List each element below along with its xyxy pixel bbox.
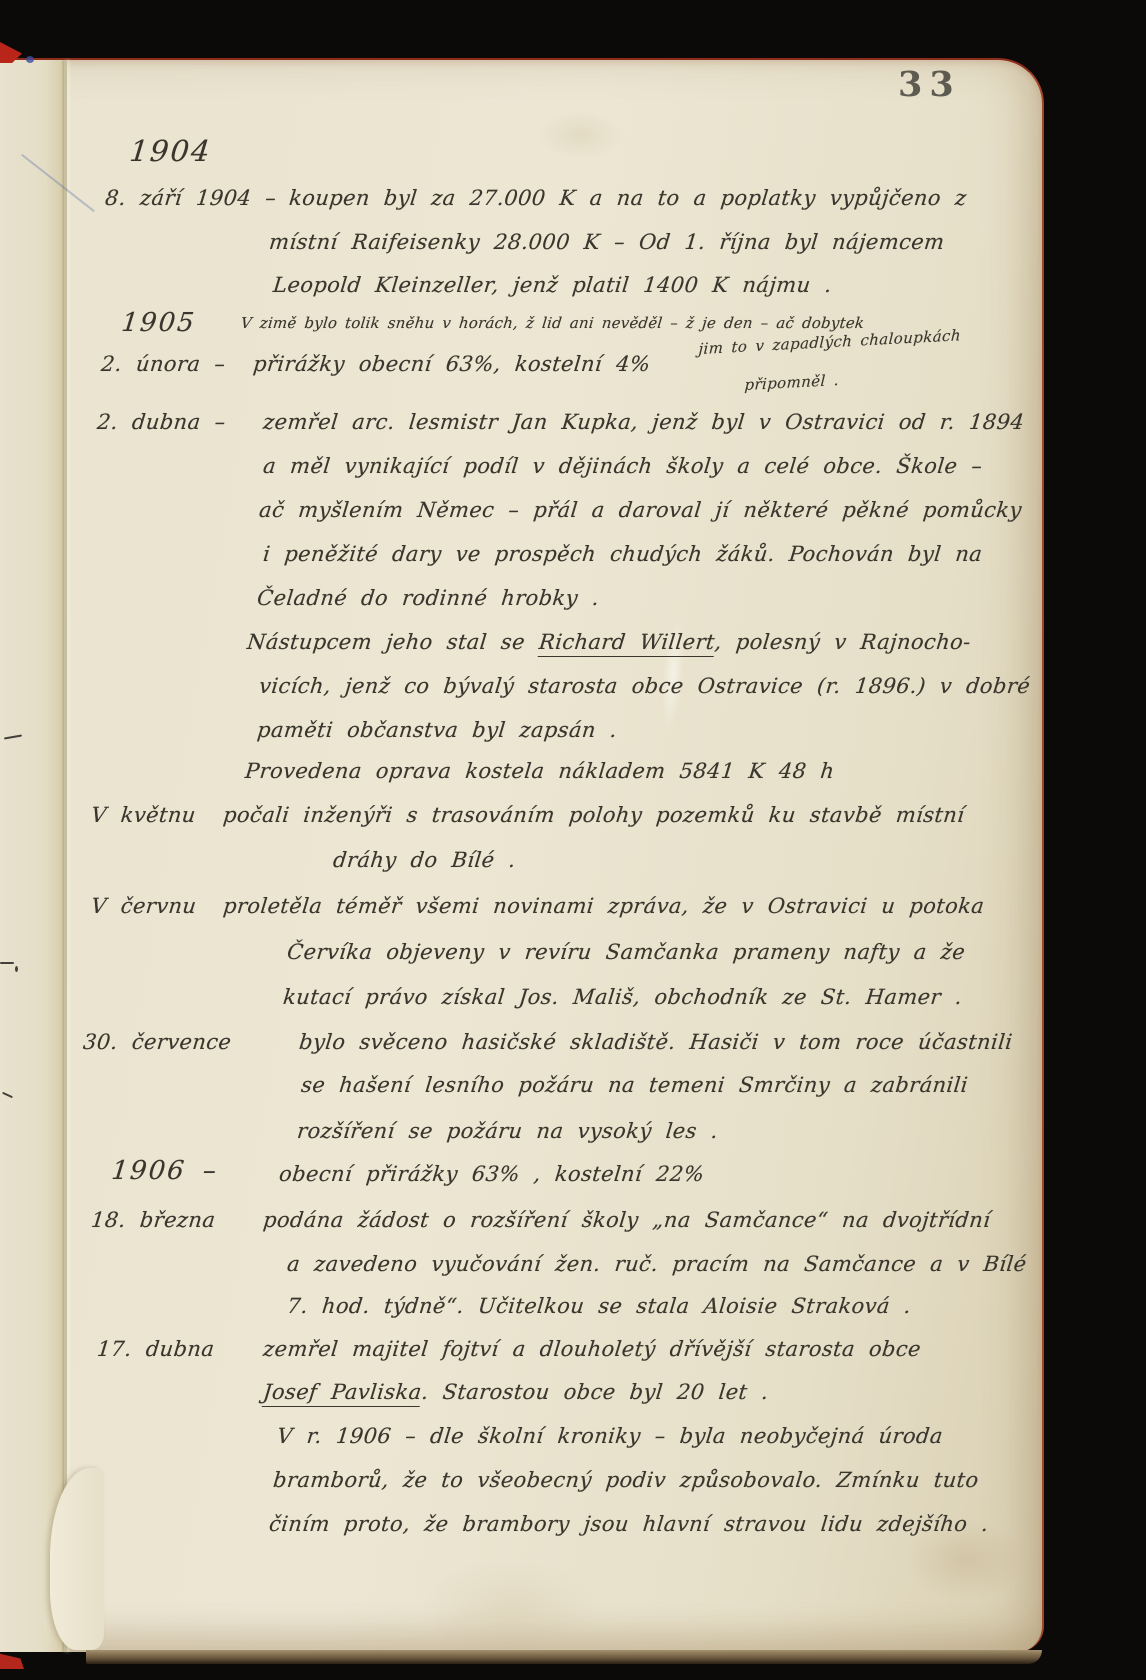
blue-speck xyxy=(26,56,34,63)
entry-date: 30. července xyxy=(82,1030,233,1054)
underlined-name: Richard Willert xyxy=(538,630,717,657)
entry-date: 8. září 1904 – xyxy=(104,186,277,210)
entry-text-line: vicích, jenž co bývalý starosta obce Ost… xyxy=(258,674,1031,698)
entry-text-line: Červíka objeveny v revíru Samčanka prame… xyxy=(286,940,966,964)
entry-text-line: kutací právo získal Jos. Mališ, obchodní… xyxy=(282,985,963,1009)
text-segment: , polesný v Rajnocho- xyxy=(714,630,972,654)
entry-text-line: podána žádost o rozšíření školy „na Samč… xyxy=(262,1208,992,1232)
year-heading-1905: 1905 xyxy=(120,308,197,338)
red-cover-corner-bottom-left xyxy=(0,1650,24,1669)
entry-text-line: přirážky obecní 63%, kostelní 4% xyxy=(252,352,652,376)
text-segment: . Starostou obce byl 20 let . xyxy=(420,1380,770,1404)
entry-text-line: V zimě bylo tolik sněhu v horách, ž lid … xyxy=(240,314,865,332)
entry-text-line: zemřel majitel fojtví a dlouholetý dřívě… xyxy=(262,1337,922,1361)
entry-text-line: koupen byl za 27.000 K a na to a poplatk… xyxy=(288,186,968,210)
page-sheet: 33 1904 8. září 1904 – koupen byl za 27.… xyxy=(0,58,1044,1652)
entry-date: 17. dubna xyxy=(96,1337,216,1361)
entry-text-line: a zavedeno vyučování žen. ruč. pracím na… xyxy=(286,1252,1028,1276)
side-note: připomněl . xyxy=(744,371,840,394)
gutter-crease xyxy=(64,60,67,1652)
entry-date: 18. března xyxy=(90,1208,217,1232)
underlined-name: Josef Pavliska xyxy=(262,1380,423,1407)
stain xyxy=(520,100,640,170)
entry-text-line: Leopold Kleinzeller, jenž platil 1400 K … xyxy=(272,273,833,297)
entry-text-line: proletěla téměř všemi novinami zpráva, ž… xyxy=(222,894,986,918)
stray-ink-mark xyxy=(15,966,18,972)
entry-text-line: počali inženýři s trasováním polohy poze… xyxy=(222,803,966,827)
entry-date: 2. února – xyxy=(100,352,227,376)
entry-text-line: Josef Pavliska. Starostou obce byl 20 le… xyxy=(262,1380,770,1404)
entry-text-line: i peněžité dary ve prospěch chudých žáků… xyxy=(262,542,984,566)
entry-text-line: rozšíření se požáru na vysoký les . xyxy=(296,1119,719,1143)
gutter-previous-page xyxy=(0,60,64,1652)
entry-text-line: Čeladné do rodinné hrobky . xyxy=(256,586,600,610)
page-number: 33 xyxy=(898,64,961,105)
entry-text-line: Nástupcem jeho stal se Richard Willert, … xyxy=(246,630,972,654)
text-segment: Nástupcem jeho stal se xyxy=(246,630,540,654)
year-heading-1906: 1906 – xyxy=(110,1156,220,1186)
photo-background: 33 1904 8. září 1904 – koupen byl za 27.… xyxy=(0,0,1146,1680)
entry-date: V červnu xyxy=(90,894,198,918)
entry-text-line: obecní přirážky 63% , kostelní 22% xyxy=(278,1162,705,1186)
entry-date: V květnu xyxy=(90,803,197,827)
entry-text-line: bylo svěceno hasičské skladiště. Hasiči … xyxy=(298,1030,1014,1054)
entry-text-line: 7. hod. týdně“. Učitelkou se stala Alois… xyxy=(286,1294,912,1318)
entry-text-line: bramborů, že to všeobecný podiv způsobov… xyxy=(272,1468,980,1492)
entry-text-line: činím proto, že brambory jsou hlavní str… xyxy=(268,1512,990,1536)
entry-text-line: Provedena oprava kostela nákladem 5841 K… xyxy=(244,759,836,783)
entry-text-line: paměti občanstva byl zapsán . xyxy=(256,718,618,742)
book-block-edge xyxy=(86,1650,1042,1664)
entry-text-line: místní Raifeisenky 28.000 K – Od 1. říjn… xyxy=(268,230,946,254)
entry-text-line: zemřel arc. lesmistr Jan Kupka, jenž byl… xyxy=(262,410,1026,434)
year-heading-1904: 1904 xyxy=(128,134,213,168)
entry-date: 2. dubna – xyxy=(96,410,227,434)
stray-ink-mark xyxy=(0,962,14,964)
entry-text-line: ač myšlením Němec – přál a daroval jí ně… xyxy=(258,498,1023,522)
entry-text-line: V r. 1906 – dle školní kroniky – byla ne… xyxy=(276,1424,944,1448)
entry-text-line: se hašení lesního požáru na temeni Smrči… xyxy=(300,1073,969,1097)
entry-text-line: a měl vynikající podíl v dějinách školy … xyxy=(262,454,984,478)
entry-text-line: dráhy do Bílé . xyxy=(332,848,517,872)
